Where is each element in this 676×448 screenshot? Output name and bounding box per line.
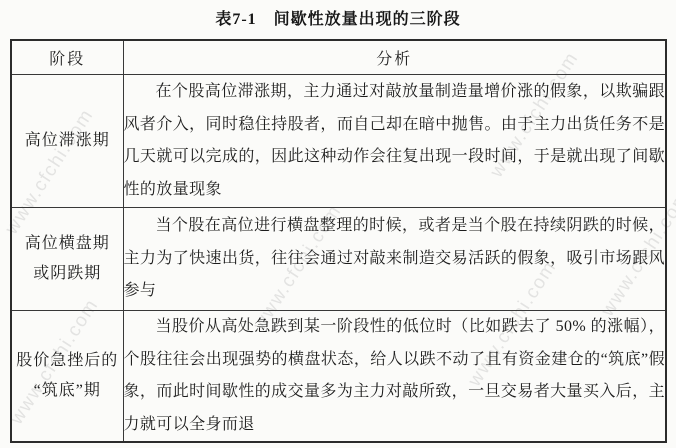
table-row: 高位滞涨期 在个股高位滞涨期，主力通过对敲放量制造量增价涨的假象，以欺骗跟风者介… xyxy=(11,75,666,208)
stage-cell: 高位滞涨期 xyxy=(11,75,123,208)
table-title: 表7-1 间歇性放量出现的三阶段 xyxy=(0,6,676,29)
table-row: 高位横盘期 或阴跌期 当个股在高位进行横盘整理的时候，或者是当个股在持续阴跌的时… xyxy=(11,208,666,311)
stage-cell: 高位横盘期 或阴跌期 xyxy=(11,208,123,311)
analysis-cell: 当个股在高位进行横盘整理的时候，或者是当个股在持续阴跌的时候，主力为了快速出货，… xyxy=(123,208,666,311)
table-row: 股价急挫后的 “筑底”期 当股价从高处急跌到某一阶段性的低位时（比如跌去了 50… xyxy=(11,311,666,443)
stage-cell: 股价急挫后的 “筑底”期 xyxy=(11,311,123,443)
header-cell-analysis: 分析 xyxy=(123,40,666,75)
header-cell-stage: 阶段 xyxy=(11,40,123,75)
analysis-text: 在个股高位滞涨期，主力通过对敲放量制造量增价涨的假象，以欺骗跟风者介入，同时稳住… xyxy=(124,76,666,206)
analysis-text: 当个股在高位进行横盘整理的时候，或者是当个股在持续阴跌的时候，主力为了快速出货，… xyxy=(124,210,666,308)
table-header-row: 阶段 分析 xyxy=(11,40,666,75)
analysis-cell: 在个股高位滞涨期，主力通过对敲放量制造量增价涨的假象，以欺骗跟风者介入，同时稳住… xyxy=(123,75,666,208)
analysis-cell: 当股价从高处急跌到某一阶段性的低位时（比如跌去了 50% 的涨幅），个股往往会出… xyxy=(123,311,666,443)
analysis-text: 当股价从高处急跌到某一阶段性的低位时（比如跌去了 50% 的涨幅），个股往往会出… xyxy=(124,311,666,441)
scanned-page: www.cfchi.com www.cfchi.com www.cfchi.co… xyxy=(0,0,676,448)
stages-table: 阶段 分析 高位滞涨期 在个股高位滞涨期，主力通过对敲放量制造量增价涨的假象，以… xyxy=(10,39,667,443)
